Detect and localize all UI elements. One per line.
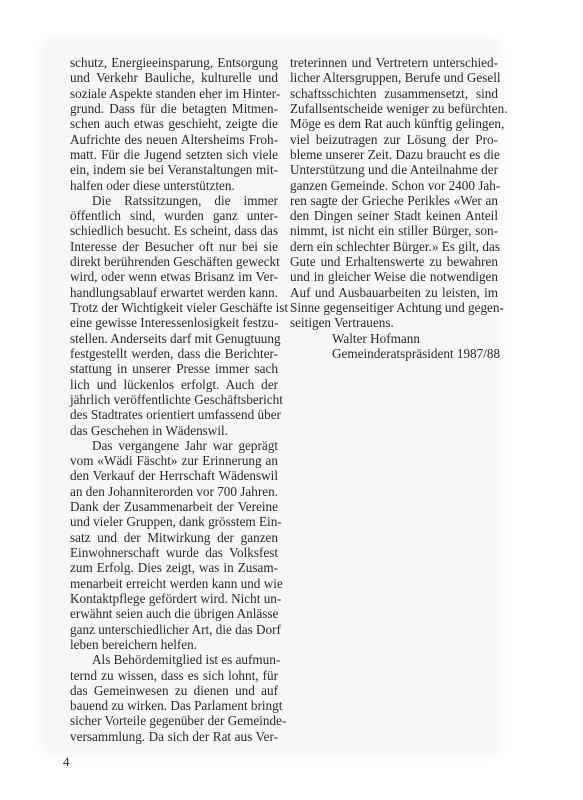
text-line: nimmt, ist nicht ein stiller Bürger, son… xyxy=(290,223,498,238)
text-line: schaftsschichten zusammensetzt, sind xyxy=(290,86,498,101)
text-line: Als Behördemitglied ist es aufmun- xyxy=(70,652,278,667)
page-number: 4 xyxy=(63,754,70,770)
signature-title: Gemeinderatspräsident 1987/88 xyxy=(290,346,498,361)
text-line: eine gewisse Interessenlosigkeit festzu- xyxy=(70,315,278,330)
text-line: stellen. Anderseits darf mit Genugtuung xyxy=(70,331,278,346)
text-line: ganz unterschiedlicher Art, die das Dorf xyxy=(70,622,278,637)
text-line: leben bereichern helfen. xyxy=(70,637,278,652)
text-line: soziale Aspekte standen eher im Hinter- xyxy=(70,86,278,101)
document-page: schutz, Energieeinsparung, Entsorgung un… xyxy=(0,0,583,800)
text-line: matt. Für die Jugend setzten sich viele xyxy=(70,147,278,162)
text-line: an den Johanniterorden vor 700 Jahren. xyxy=(70,484,278,499)
text-line: handlungsablauf erwartet werden kann. xyxy=(70,285,278,300)
left-column: schutz, Energieeinsparung, Entsorgung un… xyxy=(70,55,278,744)
signature-block: Walter Hofmann Gemeinderatspräsident 198… xyxy=(290,331,498,362)
text-line: wird, oder wenn etwas Brisanz im Ver- xyxy=(70,269,278,284)
text-line: versammlung. Da sich der Rat aus Ver- xyxy=(70,729,278,744)
text-line: direkt berührenden Geschäften geweckt xyxy=(70,254,278,269)
text-line: schiedlich besucht. Es scheint, dass das xyxy=(70,223,278,238)
text-line: und in gleicher Weise die notwendigen xyxy=(290,269,498,284)
text-line: den Dingen seiner Stadt keinen Anteil xyxy=(290,208,498,223)
text-line: sicher Vorteile gegenüber der Gemeinde- xyxy=(70,713,278,728)
text-line: festgestellt werden, dass die Berichter- xyxy=(70,346,278,361)
text-line: seitigen Vertrauens. xyxy=(290,315,498,330)
text-line: Trotz der Wichtigkeit vieler Geschäfte i… xyxy=(70,300,278,315)
text-line: Auf und Ausbauarbeiten zu leisten, im xyxy=(290,285,498,300)
text-line: ganzen Gemeinde. Schon vor 2400 Jah- xyxy=(290,178,498,193)
text-line: dern ein schlechter Bürger.» Es gilt, da… xyxy=(290,239,498,254)
paragraph: treterinnen und Vertretern unterschied- … xyxy=(290,55,498,331)
text-line: satz und der Mitwirkung der ganzen xyxy=(70,530,278,545)
text-line: ein, indem sie bei Veranstaltungen mit- xyxy=(70,162,278,177)
text-line: lich und lückenlos erfolgt. Auch der xyxy=(70,377,278,392)
text-line: Sinne gegenseitiger Achtung und gegen- xyxy=(290,300,498,315)
text-line: schen auch etwas geschieht, zeigte die xyxy=(70,116,278,131)
text-line: öffentlich sind, wurden ganz unter- xyxy=(70,208,278,223)
text-line: das Geschehen in Wädenswil. xyxy=(70,423,278,438)
text-line: ternd zu wissen, dass es sich lohnt, für xyxy=(70,668,278,683)
text-line: Zufallsentscheide weniger zu befürchten. xyxy=(290,101,498,116)
text-line: Das vergangene Jahr war geprägt xyxy=(70,438,278,453)
text-line: vom «Wädi Fäscht» zur Erinnerung an xyxy=(70,453,278,468)
text-line: Dank der Zusammenarbeit der Vereine xyxy=(70,499,278,514)
paragraph: schutz, Energieeinsparung, Entsorgung un… xyxy=(70,55,278,193)
paragraph: Das vergangene Jahr war geprägt vom «Wäd… xyxy=(70,438,278,652)
text-line: bleme unserer Zeit. Dazu braucht es die xyxy=(290,147,498,162)
text-line: das Gemeinwesen zu dienen und auf xyxy=(70,683,278,698)
text-line: grund. Dass für die betagten Mitmen- xyxy=(70,101,278,116)
text-line: Kontaktpflege gefördert wird. Nicht un- xyxy=(70,591,278,606)
text-line: jährlich veröffentlichte Geschäftsberich… xyxy=(70,392,278,407)
text-line: Unterstützung und die Anteilnahme der xyxy=(290,162,498,177)
text-line: treterinnen und Vertretern unterschied- xyxy=(290,55,498,70)
text-line: und vieler Gruppen, dank grösstem Ein- xyxy=(70,514,278,529)
text-line: Gute und Erhaltenswerte zu bewahren xyxy=(290,254,498,269)
text-line: licher Altersgruppen, Berufe und Gesell xyxy=(290,70,498,85)
text-line: stattung in unserer Presse immer sach xyxy=(70,361,278,376)
text-line: viel beizutragen zur Lösung der Pro- xyxy=(290,132,498,147)
text-line: bauend zu wirken. Das Parlament bringt xyxy=(70,698,278,713)
text-line: Interesse der Besucher oft nur bei sie xyxy=(70,239,278,254)
text-line: halfen oder diese unterstützten. xyxy=(70,178,278,193)
paragraph: Die Ratssitzungen, die immer öffentlich … xyxy=(70,193,278,438)
paragraph: Als Behördemitglied ist es aufmun- ternd… xyxy=(70,652,278,744)
text-line: Einwohnerschaft wurde das Volksfest xyxy=(70,545,278,560)
text-line: und Verkehr Bauliche, kulturelle und xyxy=(70,70,278,85)
signature-name: Walter Hofmann xyxy=(290,331,498,346)
text-line: des Stadtrates orientiert umfassend über xyxy=(70,407,278,422)
text-line: schutz, Energieeinsparung, Entsorgung xyxy=(70,55,278,70)
text-line: menarbeit erreicht werden kann und wie xyxy=(70,576,278,591)
text-line: Aufrichte des neuen Altersheims Froh- xyxy=(70,132,278,147)
text-line: den Verkauf der Herrschaft Wädenswil xyxy=(70,468,278,483)
text-line: ren sagte der Grieche Perikles «Wer an xyxy=(290,193,498,208)
text-line: Die Ratssitzungen, die immer xyxy=(70,193,278,208)
right-column: treterinnen und Vertretern unterschied- … xyxy=(290,55,498,361)
text-line: zum Erfolg. Dies zeigt, was in Zusam- xyxy=(70,560,278,575)
text-line: Möge es dem Rat auch künftig gelingen, xyxy=(290,116,498,131)
text-line: erwähnt seien auch die übrigen Anlässe xyxy=(70,606,278,621)
